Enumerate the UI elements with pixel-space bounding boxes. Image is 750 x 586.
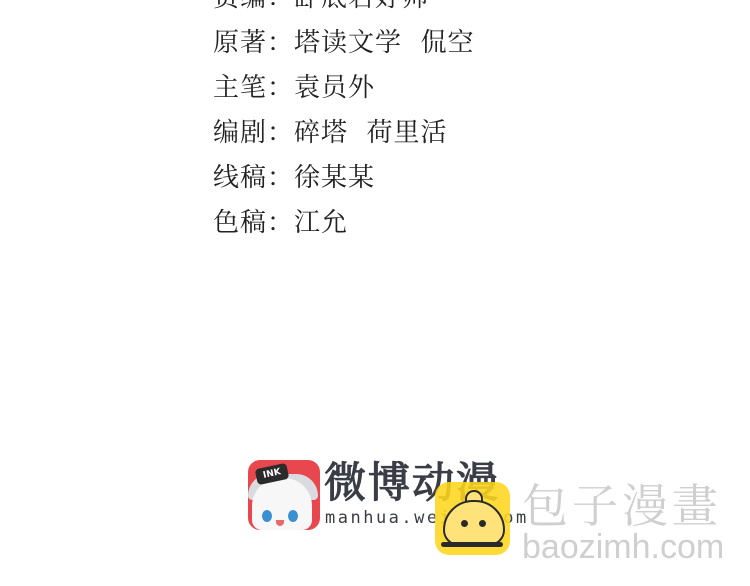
credit-row-original: 原著：塔读文学 侃空 [213, 21, 475, 66]
weibo-manhua-logo-icon: INK [248, 460, 320, 530]
bun-body [443, 500, 505, 546]
credit-role: 原著： [213, 21, 294, 66]
credit-names: 碎塔 荷里活 [294, 118, 448, 148]
credit-row-editor: 责编：卧底君好帅 [213, 0, 475, 21]
credit-row-script: 编剧：碎塔 荷里活 [213, 111, 475, 156]
credit-names: 袁员外 [294, 73, 375, 103]
credits-list: 责编：卧底君好帅 原著：塔读文学 侃空 主笔：袁员外 编剧：碎塔 荷里活 线稿：… [213, 0, 475, 246]
watermark-url: baozimh.com [522, 528, 724, 566]
credit-role: 责编： [213, 0, 294, 21]
credit-row-lead-artist: 主笔：袁员外 [213, 66, 475, 111]
credit-role: 主笔： [213, 66, 294, 111]
credit-role: 色稿： [213, 201, 294, 246]
credit-names: 卧底君好帅 [294, 0, 429, 13]
bun-plate [441, 542, 503, 547]
baozi-logo-icon [435, 482, 510, 555]
mascot-eye-right [288, 510, 298, 522]
credit-role: 线稿： [213, 156, 294, 201]
bun-eye-right [479, 520, 486, 527]
credit-row-lineart: 线稿：徐某某 [213, 156, 475, 201]
credit-row-color: 色稿：江允 [213, 201, 475, 246]
bun-eye-left [461, 520, 468, 527]
watermark-name: 包子漫畫 [522, 478, 722, 534]
credit-names: 塔读文学 侃空 [294, 28, 475, 58]
credit-role: 编剧： [213, 111, 294, 156]
mascot-eye-left [262, 510, 272, 522]
credit-names: 徐某某 [294, 163, 375, 193]
credit-names: 江允 [294, 208, 348, 238]
